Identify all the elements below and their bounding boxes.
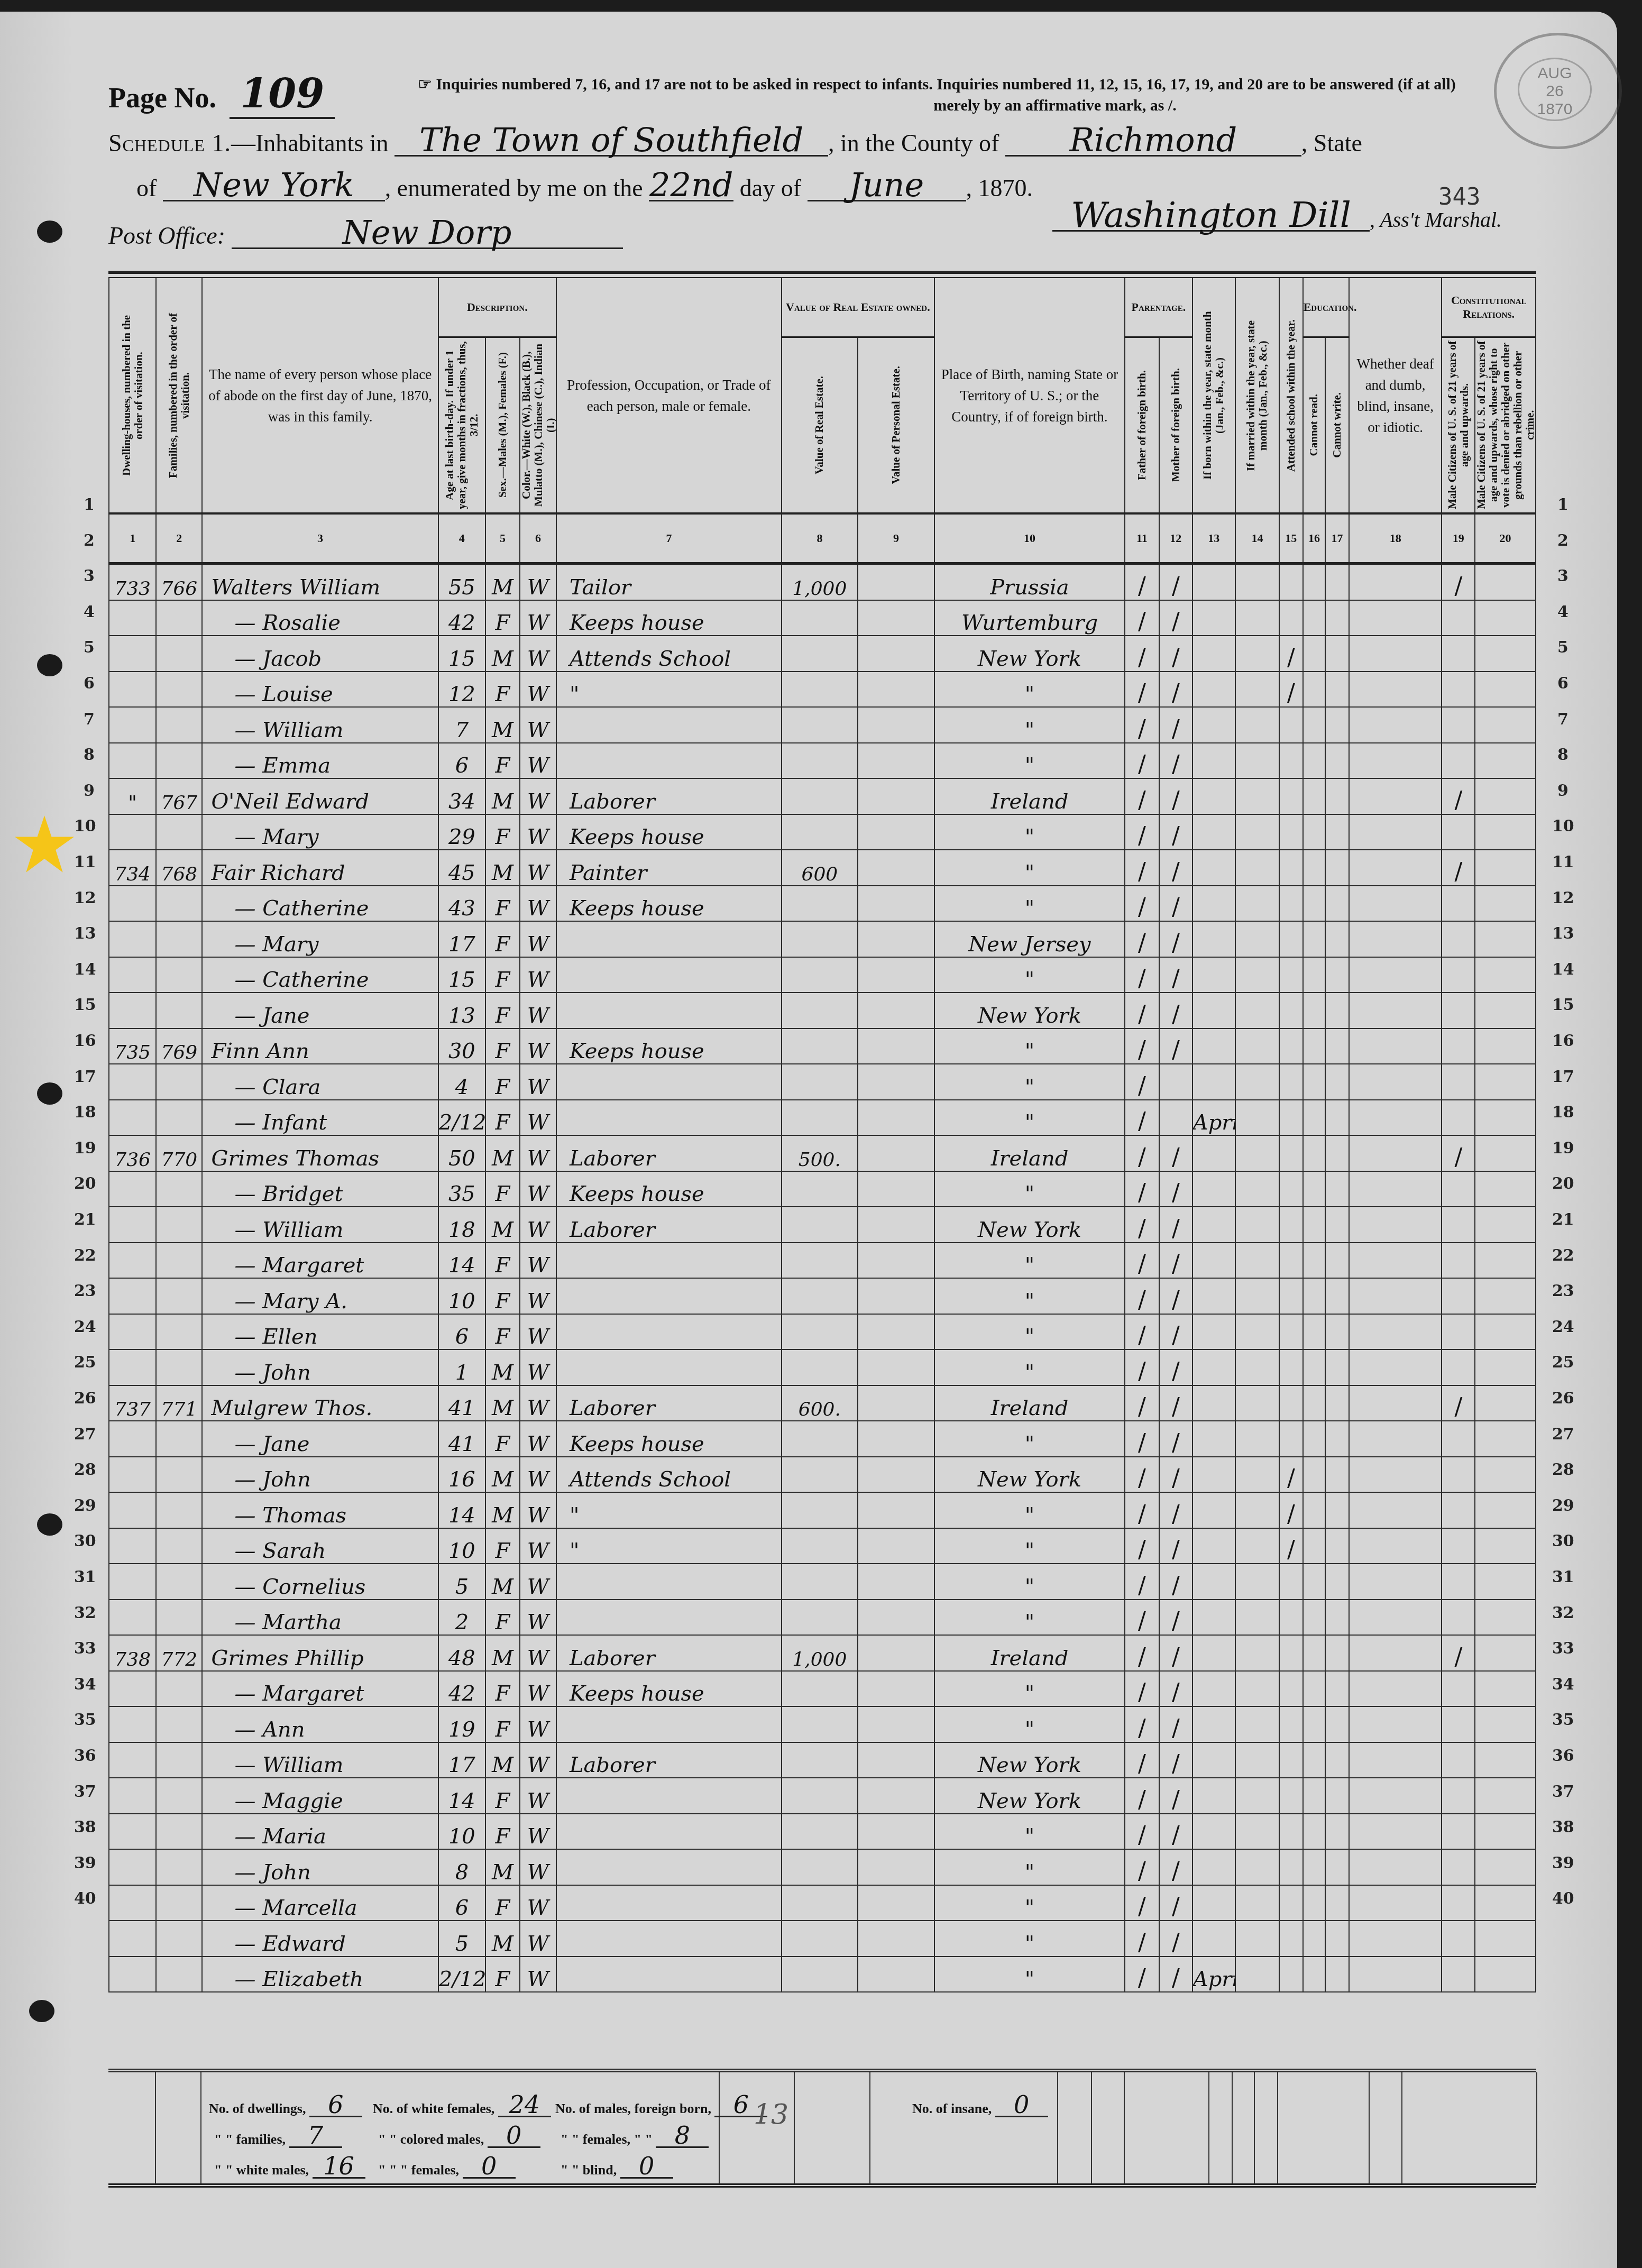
male-citizen-mark-cell (1442, 600, 1475, 636)
mother-foreign-mark-cell: / (1159, 1385, 1192, 1421)
cannot-read-cell (1303, 1849, 1326, 1885)
attended-school-mark-cell (1279, 1207, 1303, 1243)
table-row: Maria10FW"// (109, 1814, 1536, 1850)
family-number-cell (156, 1421, 202, 1457)
person-name-cell: Rosalie (202, 600, 438, 636)
star-marker-icon[interactable] (15, 815, 74, 873)
sex-cell: M (485, 1349, 520, 1385)
attended-school-mark-cell (1279, 1349, 1303, 1385)
cannot-read-cell (1303, 1207, 1326, 1243)
mother-foreign-mark-cell: / (1159, 1492, 1192, 1528)
cannot-write-cell (1325, 1849, 1349, 1885)
column-number: 6 (520, 513, 556, 564)
color-cell: W (520, 1849, 556, 1885)
father-foreign-mark-cell: / (1125, 1385, 1159, 1421)
county-label: , in the County of (828, 130, 999, 157)
color-cell: W (520, 1778, 556, 1814)
line-number-left: 13 (74, 924, 96, 943)
cannot-read-cell (1303, 1243, 1326, 1279)
vote-denied-mark-cell (1475, 1600, 1536, 1636)
line-number-left: 1 (84, 495, 95, 514)
line-number-left: 7 (84, 710, 95, 729)
birthplace-cell: " (934, 743, 1125, 779)
birthplace-cell: " (934, 850, 1125, 886)
mother-foreign-mark-cell: / (1159, 886, 1192, 922)
mother-foreign-mark-cell: / (1159, 600, 1192, 636)
table-row: Sarah10FW""/// (109, 1528, 1536, 1564)
sex-cell: F (485, 993, 520, 1029)
cannot-write-cell (1325, 1135, 1349, 1171)
family-number-cell: 769 (156, 1029, 202, 1064)
real-estate-value-cell (782, 814, 858, 850)
mother-foreign-mark-cell: / (1159, 921, 1192, 957)
col-header-real-estate: Value of Real Estate. (782, 337, 858, 514)
line-number-left: 10 (74, 817, 96, 835)
occupation-cell (556, 743, 782, 779)
column-number: 1 (109, 513, 156, 564)
father-foreign-mark-cell: / (1125, 1564, 1159, 1600)
table-row: Bridget35FWKeeps house"// (109, 1171, 1536, 1207)
occupation-cell (556, 1243, 782, 1279)
age-cell: 35 (438, 1171, 485, 1207)
attended-school-mark-cell (1279, 600, 1303, 636)
table-row: Catherine43FWKeeps house"// (109, 886, 1536, 922)
sex-cell: F (485, 921, 520, 957)
cannot-read-cell (1303, 564, 1326, 600)
attended-school-mark-cell (1279, 993, 1303, 1029)
cannot-write-cell (1325, 707, 1349, 743)
family-number-cell: 770 (156, 1135, 202, 1171)
summary-blind: " " blind, 0 (561, 2155, 673, 2179)
dwelling-number-cell (109, 1600, 156, 1636)
married-month-cell (1235, 1243, 1279, 1279)
page-number: Page No. 109 (108, 70, 335, 117)
disability-cell (1349, 600, 1442, 636)
postmark-month: AUG (1519, 65, 1590, 82)
married-month-cell (1235, 1421, 1279, 1457)
line-number-right: 36 (1552, 1747, 1574, 1765)
real-estate-value-cell (782, 600, 858, 636)
cannot-read-cell (1303, 600, 1326, 636)
real-estate-value-cell (782, 1349, 858, 1385)
attended-school-mark-cell (1279, 1564, 1303, 1600)
cannot-read-cell (1303, 1421, 1326, 1457)
person-name-cell: Martha (202, 1600, 438, 1636)
birthplace-cell: " (934, 957, 1125, 993)
col-header-born-month: If born within the year, state month (Ja… (1192, 278, 1235, 513)
dwelling-number-cell (109, 1243, 156, 1279)
sex-cell: M (485, 564, 520, 600)
color-cell: W (520, 1564, 556, 1600)
sex-cell: M (485, 850, 520, 886)
occupation-cell (556, 1600, 782, 1636)
disability-cell (1349, 957, 1442, 993)
line-number-left: 6 (84, 674, 95, 693)
birthplace-cell: Ireland (934, 1385, 1125, 1421)
dwelling-number-cell (109, 957, 156, 993)
real-estate-value-cell (782, 921, 858, 957)
cannot-write-cell (1325, 1885, 1349, 1921)
age-cell: 19 (438, 1706, 485, 1742)
of-label: of (136, 175, 157, 201)
age-cell: 16 (438, 1457, 485, 1493)
real-estate-value-cell: 600 (782, 850, 858, 886)
cannot-write-cell (1325, 1029, 1349, 1064)
attended-school-mark-cell: / (1279, 672, 1303, 708)
married-month-cell (1235, 707, 1279, 743)
father-foreign-mark-cell: / (1125, 743, 1159, 779)
line-number-right: 26 (1552, 1389, 1574, 1408)
attended-school-mark-cell (1279, 1778, 1303, 1814)
column-number: 18 (1349, 513, 1442, 564)
married-month-cell (1235, 1528, 1279, 1564)
male-citizen-mark-cell (1442, 1778, 1475, 1814)
marshal-label: , Ass't Marshal. (1370, 208, 1502, 232)
born-month-cell (1192, 886, 1235, 922)
personal-estate-value-cell (858, 1849, 934, 1885)
sex-cell: M (485, 1385, 520, 1421)
vote-denied-mark-cell (1475, 1421, 1536, 1457)
birthplace-cell: " (934, 886, 1125, 922)
married-month-cell (1235, 636, 1279, 672)
male-citizen-mark-cell (1442, 886, 1475, 922)
sex-cell: M (485, 1135, 520, 1171)
attended-school-mark-cell (1279, 1742, 1303, 1778)
father-foreign-mark-cell: / (1125, 564, 1159, 600)
family-number-cell (156, 921, 202, 957)
line-number-right: 32 (1552, 1604, 1574, 1622)
column-number: 15 (1279, 513, 1303, 564)
family-number-cell (156, 1492, 202, 1528)
col-header-birthplace: Place of Birth, naming State or Territor… (934, 278, 1125, 513)
cannot-write-cell (1325, 1492, 1349, 1528)
father-foreign-mark-cell: / (1125, 672, 1159, 708)
married-month-cell (1235, 1207, 1279, 1243)
cannot-read-cell (1303, 707, 1326, 743)
table-row: 734768Fair Richard45MWPainter600"/// (109, 850, 1536, 886)
occupation-cell: Keeps house (556, 1671, 782, 1707)
dwelling-number-cell (109, 1064, 156, 1100)
binder-hole (37, 1513, 62, 1536)
age-cell: 13 (438, 993, 485, 1029)
occupation-cell: Laborer (556, 1742, 782, 1778)
line-number-right: 34 (1552, 1675, 1574, 1694)
color-cell: W (520, 1528, 556, 1564)
disability-cell (1349, 1957, 1442, 1992)
col-header-married-month: If married within the year, state month … (1235, 278, 1279, 513)
line-number-right: 29 (1552, 1496, 1574, 1515)
cannot-write-cell (1325, 1528, 1349, 1564)
real-estate-value-cell (782, 1171, 858, 1207)
age-cell: 5 (438, 1921, 485, 1957)
vote-denied-mark-cell (1475, 1814, 1536, 1850)
line-number-right: 12 (1552, 889, 1574, 907)
birthplace-cell: " (934, 1814, 1125, 1850)
family-number-cell (156, 600, 202, 636)
born-month-cell (1192, 743, 1235, 779)
line-number-right: 7 (1557, 710, 1568, 729)
vote-denied-mark-cell (1475, 1278, 1536, 1314)
line-number-right: 2 (1557, 531, 1568, 550)
disability-cell (1349, 1064, 1442, 1100)
attended-school-mark-cell (1279, 1421, 1303, 1457)
line-number-right: 10 (1552, 817, 1574, 835)
table-row: Martha2FW"// (109, 1600, 1536, 1636)
sex-cell: F (485, 1778, 520, 1814)
married-month-cell (1235, 1314, 1279, 1350)
vote-denied-mark-cell (1475, 1457, 1536, 1493)
disability-cell (1349, 1207, 1442, 1243)
married-month-cell (1235, 1171, 1279, 1207)
disability-cell (1349, 564, 1442, 600)
family-number-cell (156, 707, 202, 743)
born-month-cell (1192, 1064, 1235, 1100)
real-estate-value-cell (782, 636, 858, 672)
table-row: 737771Mulgrew Thos.41MWLaborer600.Irelan… (109, 1385, 1536, 1421)
cannot-write-cell (1325, 1742, 1349, 1778)
father-foreign-mark-cell: / (1125, 1742, 1159, 1778)
personal-estate-value-cell (858, 707, 934, 743)
personal-estate-value-cell (858, 1957, 934, 1992)
born-month-cell (1192, 1885, 1235, 1921)
birthplace-cell: New York (934, 1742, 1125, 1778)
person-name-cell: Edward (202, 1921, 438, 1957)
dwelling-number-cell (109, 707, 156, 743)
line-number-left: 14 (74, 960, 96, 979)
real-estate-value-cell (782, 1207, 858, 1243)
disability-cell (1349, 993, 1442, 1029)
person-name-cell: Jane (202, 1421, 438, 1457)
personal-estate-value-cell (858, 957, 934, 993)
cannot-read-cell (1303, 1528, 1326, 1564)
age-cell: 15 (438, 636, 485, 672)
sex-cell: M (485, 636, 520, 672)
color-cell: W (520, 850, 556, 886)
birthplace-cell: " (934, 1671, 1125, 1707)
line-number-left: 15 (74, 996, 96, 1014)
attended-school-mark-cell (1279, 564, 1303, 600)
attended-school-mark-cell (1279, 1885, 1303, 1921)
sex-cell: M (485, 1742, 520, 1778)
binder-hole (37, 1082, 62, 1105)
mother-foreign-mark-cell: / (1159, 1635, 1192, 1671)
postmark-year: 1870 (1519, 100, 1590, 118)
column-number: 13 (1192, 513, 1235, 564)
male-citizen-mark-cell (1442, 1671, 1475, 1707)
line-number-right: 8 (1557, 746, 1568, 764)
summary-dwellings: No. of dwellings, 6 (209, 2093, 362, 2117)
cannot-write-cell (1325, 886, 1349, 922)
married-month-cell (1235, 672, 1279, 708)
vote-denied-mark-cell (1475, 600, 1536, 636)
born-month-cell (1192, 1564, 1235, 1600)
real-estate-value-cell (782, 672, 858, 708)
male-citizen-mark-cell (1442, 1064, 1475, 1100)
vote-denied-mark-cell (1475, 1314, 1536, 1350)
schedule-label: Schedule 1. (108, 130, 231, 157)
col-header-dwelling: Dwelling-houses, numbered in the order o… (109, 278, 156, 513)
mother-foreign-mark-cell: / (1159, 1207, 1192, 1243)
color-cell: W (520, 921, 556, 957)
disability-cell (1349, 1528, 1442, 1564)
stamped-page-number: 343 (1438, 183, 1480, 210)
table-row: Jacob15MWAttends SchoolNew York/// (109, 636, 1536, 672)
real-estate-value-cell (782, 886, 858, 922)
disability-cell (1349, 1849, 1442, 1885)
line-number-left: 28 (74, 1461, 96, 1479)
line-number-left: 22 (74, 1246, 96, 1265)
mother-foreign-mark-cell: / (1159, 1171, 1192, 1207)
table-row: Thomas14MW""/// (109, 1492, 1536, 1528)
occupation-cell: Keeps house (556, 1421, 782, 1457)
disability-cell (1349, 778, 1442, 814)
vote-denied-mark-cell (1475, 1742, 1536, 1778)
family-number-cell (156, 814, 202, 850)
summary-foreign-females: " " females, " " 8 (561, 2124, 709, 2148)
age-cell: 2/12 (438, 1957, 485, 1992)
color-cell: W (520, 636, 556, 672)
attended-school-mark-cell: / (1279, 636, 1303, 672)
page-number-value: 109 (230, 70, 335, 119)
person-name-cell: John (202, 1349, 438, 1385)
disability-cell (1349, 1671, 1442, 1707)
binder-hole (37, 221, 62, 243)
family-number-cell (156, 1671, 202, 1707)
cannot-read-cell (1303, 957, 1326, 993)
cannot-write-cell (1325, 1243, 1349, 1279)
cannot-write-cell (1325, 1957, 1349, 1992)
group-header-description: Description. (438, 278, 556, 337)
family-number-cell (156, 1778, 202, 1814)
sex-cell: F (485, 814, 520, 850)
cannot-read-cell (1303, 743, 1326, 779)
family-number-cell (156, 1600, 202, 1636)
color-cell: W (520, 1243, 556, 1279)
cannot-write-cell (1325, 1778, 1349, 1814)
male-citizen-mark-cell: / (1442, 778, 1475, 814)
column-number: 20 (1475, 513, 1536, 564)
born-month-cell (1192, 1671, 1235, 1707)
col-header-mother-foreign: Mother of foreign birth. (1159, 337, 1192, 514)
vote-denied-mark-cell (1475, 921, 1536, 957)
line-number-left: 39 (74, 1854, 96, 1872)
year-label: , 1870. (966, 175, 1033, 201)
mother-foreign-mark-cell: / (1159, 993, 1192, 1029)
dwelling-number-cell: 737 (109, 1385, 156, 1421)
line-number-right: 9 (1557, 782, 1568, 800)
group-header-constitutional: Constitutional Relations. (1442, 278, 1536, 337)
personal-estate-value-cell (858, 1243, 934, 1279)
cannot-read-cell (1303, 1635, 1326, 1671)
vote-denied-mark-cell (1475, 957, 1536, 993)
occupation-cell (556, 1849, 782, 1885)
dwelling-number-cell (109, 1921, 156, 1957)
father-foreign-mark-cell: / (1125, 1100, 1159, 1136)
age-cell: 41 (438, 1385, 485, 1421)
sex-cell: M (485, 1635, 520, 1671)
married-month-cell (1235, 1029, 1279, 1064)
family-number-cell (156, 1171, 202, 1207)
vote-denied-mark-cell (1475, 993, 1536, 1029)
personal-estate-value-cell (858, 743, 934, 779)
age-cell: 6 (438, 743, 485, 779)
dwelling-number-cell (109, 1957, 156, 1992)
line-number-left: 16 (74, 1032, 96, 1050)
color-cell: W (520, 1278, 556, 1314)
dwelling-number-cell (109, 1421, 156, 1457)
disability-cell (1349, 1706, 1442, 1742)
real-estate-value-cell (782, 1671, 858, 1707)
line-number-left: 26 (74, 1389, 96, 1408)
real-estate-value-cell (782, 1885, 858, 1921)
color-cell: W (520, 1100, 556, 1136)
mother-foreign-mark-cell: / (1159, 1029, 1192, 1064)
vote-denied-mark-cell (1475, 1885, 1536, 1921)
cannot-write-cell (1325, 1349, 1349, 1385)
mother-foreign-mark-cell: / (1159, 1528, 1192, 1564)
married-month-cell (1235, 1349, 1279, 1385)
mother-foreign-mark-cell: / (1159, 1457, 1192, 1493)
father-foreign-mark-cell: / (1125, 814, 1159, 850)
married-month-cell (1235, 957, 1279, 993)
cannot-read-cell (1303, 1100, 1326, 1136)
married-month-cell (1235, 1778, 1279, 1814)
real-estate-value-cell (782, 1492, 858, 1528)
line-number-left: 35 (74, 1711, 96, 1729)
personal-estate-value-cell (858, 814, 934, 850)
line-number-left: 20 (74, 1174, 96, 1193)
family-number-cell (156, 636, 202, 672)
attended-school-mark-cell (1279, 1706, 1303, 1742)
column-number: 7 (556, 513, 782, 564)
father-foreign-mark-cell: / (1125, 1492, 1159, 1528)
summary-colored-males: " " colored males, 0 (378, 2124, 540, 2148)
occupation-cell: Attends School (556, 1457, 782, 1493)
real-estate-value-cell (782, 1064, 858, 1100)
male-citizen-mark-cell (1442, 1457, 1475, 1493)
place-field: The Town of Southfield (395, 125, 828, 157)
vote-denied-mark-cell (1475, 1349, 1536, 1385)
line-number-right: 16 (1552, 1032, 1574, 1050)
age-cell: 17 (438, 1742, 485, 1778)
cannot-write-cell (1325, 850, 1349, 886)
father-foreign-mark-cell: / (1125, 707, 1159, 743)
color-cell: W (520, 778, 556, 814)
sex-cell: F (485, 1029, 520, 1064)
group-header-education: Education. (1303, 278, 1349, 337)
personal-estate-value-cell (858, 778, 934, 814)
personal-estate-value-cell (858, 850, 934, 886)
birthplace-cell: New York (934, 1457, 1125, 1493)
table-row: 736770Grimes Thomas50MWLaborer500.Irelan… (109, 1135, 1536, 1171)
vote-denied-mark-cell (1475, 1171, 1536, 1207)
occupation-cell (556, 1100, 782, 1136)
color-cell: W (520, 886, 556, 922)
color-cell: W (520, 600, 556, 636)
father-foreign-mark-cell: / (1125, 1064, 1159, 1100)
male-citizen-mark-cell (1442, 1957, 1475, 1992)
column-number: 2 (156, 513, 202, 564)
born-month-cell (1192, 672, 1235, 708)
line-number-right: 38 (1552, 1818, 1574, 1837)
real-estate-value-cell (782, 1314, 858, 1350)
color-cell: W (520, 564, 556, 600)
father-foreign-mark-cell: / (1125, 1421, 1159, 1457)
born-month-cell (1192, 1457, 1235, 1493)
vote-denied-mark-cell (1475, 778, 1536, 814)
birthplace-cell: " (934, 1957, 1125, 1992)
table-row: Infant2/12FW"/April (109, 1100, 1536, 1136)
